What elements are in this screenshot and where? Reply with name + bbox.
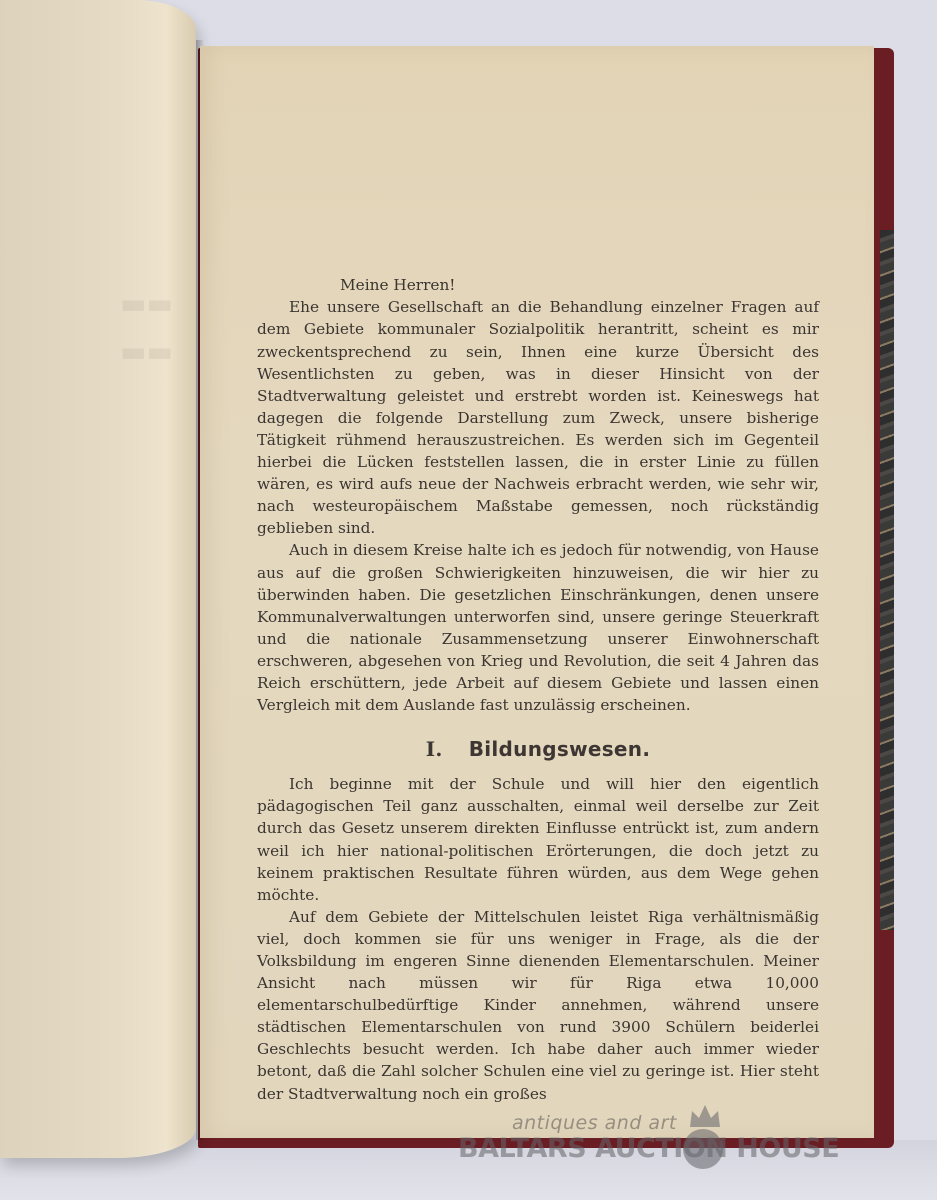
- right-page: Meine Herren! Ehe unsere Gesellschaft an…: [200, 46, 874, 1138]
- paragraph: Ich beginne mit der Schule und will hier…: [257, 773, 819, 906]
- page-text: Meine Herren! Ehe unsere Gesellschaft an…: [257, 259, 819, 1105]
- paragraph: Auch in diesem Kreise halte ich es jedoc…: [257, 539, 819, 716]
- crown-icon: [688, 1103, 722, 1129]
- section-title: Bildungswesen.: [469, 737, 651, 761]
- watermark-tagline: antiques and art: [512, 1112, 677, 1134]
- paragraph: Ehe unsere Gesellschaft an die Behandlun…: [257, 296, 819, 539]
- bleed-through-text: ▬▬▬▬: [120, 280, 200, 440]
- watermark-brand: BALTARS AUCTION HOUSE: [458, 1133, 839, 1164]
- marbled-cover-edge: [880, 230, 894, 930]
- section-number: I.: [426, 737, 443, 761]
- section-heading: I.Bildungswesen.: [257, 738, 819, 760]
- left-page: ▬▬▬▬: [0, 0, 196, 1158]
- salutation: Meine Herren!: [257, 274, 819, 296]
- paragraph: Auf dem Gebiete der Mittelschulen leiste…: [257, 906, 819, 1105]
